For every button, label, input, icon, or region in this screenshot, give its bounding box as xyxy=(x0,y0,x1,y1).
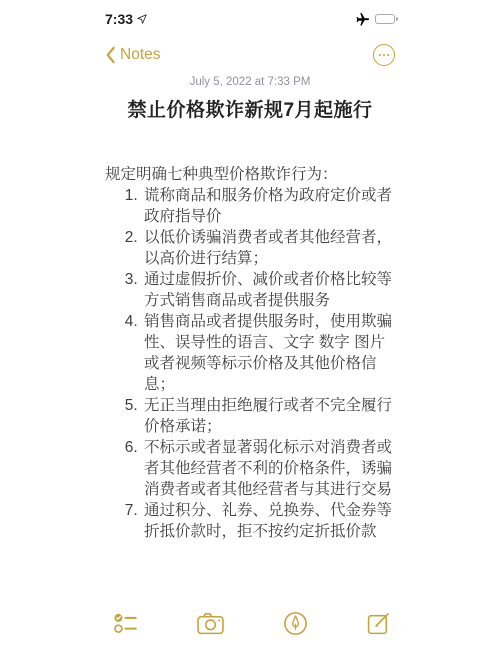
ellipsis-icon xyxy=(387,54,389,56)
status-bar: 7:33 xyxy=(105,0,395,28)
camera-icon xyxy=(197,612,224,635)
status-time: 7:33 xyxy=(105,11,148,27)
location-arrow-icon xyxy=(136,13,148,25)
bottom-toolbar xyxy=(105,604,395,642)
note-list-item[interactable]: 不标示或者显著弱化标示对消费者或者其他经营者不利的价格条件，诱骗消费者或者其他经… xyxy=(142,437,395,500)
back-button[interactable]: Notes xyxy=(105,46,161,64)
airplane-mode-icon xyxy=(355,12,370,27)
note-list-item[interactable]: 无正当理由拒绝履行或者不完全履行价格承诺； xyxy=(142,395,395,437)
markup-pen-icon xyxy=(283,611,308,636)
note-list-item[interactable]: 通过积分、礼券、兑换券、代金券等折抵价款时，拒不按约定折抵价款 xyxy=(142,500,395,542)
status-time-label: 7:33 xyxy=(105,11,133,27)
note-date: July 5, 2022 at 7:33 PM xyxy=(105,76,395,88)
checklist-icon xyxy=(113,610,139,636)
note-list-item[interactable]: 谎称商品和服务价格为政府定价或者政府指导价 xyxy=(142,185,395,227)
note-body[interactable]: 规定明确七种典型价格欺诈行为： 谎称商品和服务价格为政府定价或者政府指导价以低价… xyxy=(105,164,395,542)
compose-icon xyxy=(366,611,391,636)
notes-app-screen: 7:33 Notes July 5, 2022 at 7:33 PM 禁止价格欺… xyxy=(105,0,395,650)
markup-button[interactable] xyxy=(283,611,308,636)
status-right xyxy=(355,12,395,27)
nav-bar: Notes xyxy=(105,43,395,67)
ellipsis-icon xyxy=(383,54,385,56)
battery-icon xyxy=(375,14,395,24)
checklist-button[interactable] xyxy=(113,610,139,636)
note-numbered-list: 谎称商品和服务价格为政府定价或者政府指导价以低价诱骗消费者或者其他经营者，以高价… xyxy=(105,185,395,542)
note-list-item[interactable]: 以低价诱骗消费者或者其他经营者，以高价进行结算； xyxy=(142,227,395,269)
ellipsis-icon xyxy=(379,54,381,56)
back-button-label: Notes xyxy=(120,46,161,64)
camera-button[interactable] xyxy=(197,612,224,635)
note-title[interactable]: 禁止价格欺诈新规7月起施行 xyxy=(105,95,395,122)
more-options-button[interactable] xyxy=(373,44,395,66)
note-list-item[interactable]: 通过虚假折价、减价或者价格比较等方式销售商品或者提供服务 xyxy=(142,269,395,311)
chevron-left-icon xyxy=(105,46,116,64)
compose-button[interactable] xyxy=(366,611,391,636)
note-intro-line[interactable]: 规定明确七种典型价格欺诈行为： xyxy=(105,164,395,185)
note-list-item[interactable]: 销售商品或者提供服务时，使用欺骗性、误导性的语言、文字 数字 图片或者视频等标示… xyxy=(142,311,395,395)
